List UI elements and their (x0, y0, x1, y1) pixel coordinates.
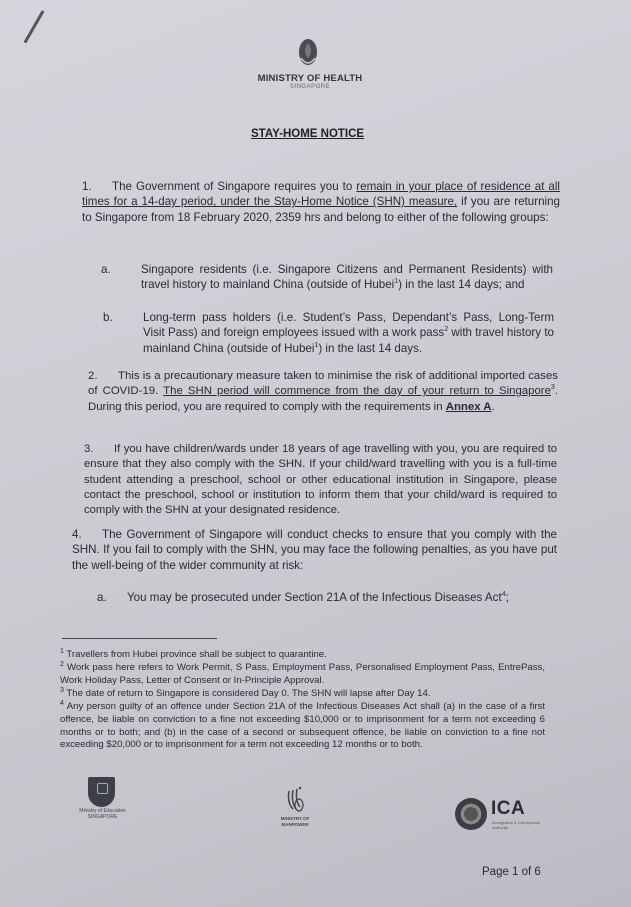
footnote-1: 1 Travellers from Hubei province shall b… (60, 649, 545, 662)
mom-logo-text: MINISTRY OF MANPOWER (270, 816, 320, 827)
ica-logo-subtext: Immigration & Checkpoints Authority (492, 820, 540, 830)
footnote-3: 3 The date of return to Singapore is con… (60, 688, 545, 701)
footnote-divider (62, 638, 217, 639)
ministry-name: MINISTRY OF HEALTH (250, 73, 370, 84)
annex-a-link: Annex A (446, 401, 492, 413)
paragraph-4a: a.You may be prosecuted under Section 21… (127, 590, 557, 605)
moh-logo-icon (296, 38, 320, 70)
ica-seal-icon (455, 798, 487, 830)
document-title: STAY-HOME NOTICE (251, 128, 364, 140)
paragraph-1a: a.Singapore residents (i.e. Singapore Ci… (141, 262, 553, 293)
paragraph-1: 1.The Government of Singapore requires y… (82, 179, 560, 225)
paragraph-4: 4.The Government of Singapore will condu… (72, 527, 557, 573)
footnote-4: 4 Any person guilty of an offence under … (60, 701, 545, 752)
pen-mark (24, 10, 45, 44)
moe-logo-text: Ministry of Education SINGAPORE (70, 808, 135, 820)
ministry-country: SINGAPORE (250, 84, 370, 90)
moe-crest-icon (88, 777, 115, 807)
page-number: Page 1 of 6 (482, 866, 541, 878)
paragraph-3: 3.If you have children/wards under 18 ye… (84, 442, 557, 518)
mom-logo-icon (283, 785, 307, 815)
footnote-2: 2 Work pass here refers to Work Permit, … (60, 662, 545, 688)
ica-logo-text: ICA (491, 798, 525, 820)
paragraph-2: 2.This is a precautionary measure taken … (88, 369, 558, 415)
paragraph-1b: b.Long-term pass holders (i.e. Student’s… (143, 310, 554, 356)
